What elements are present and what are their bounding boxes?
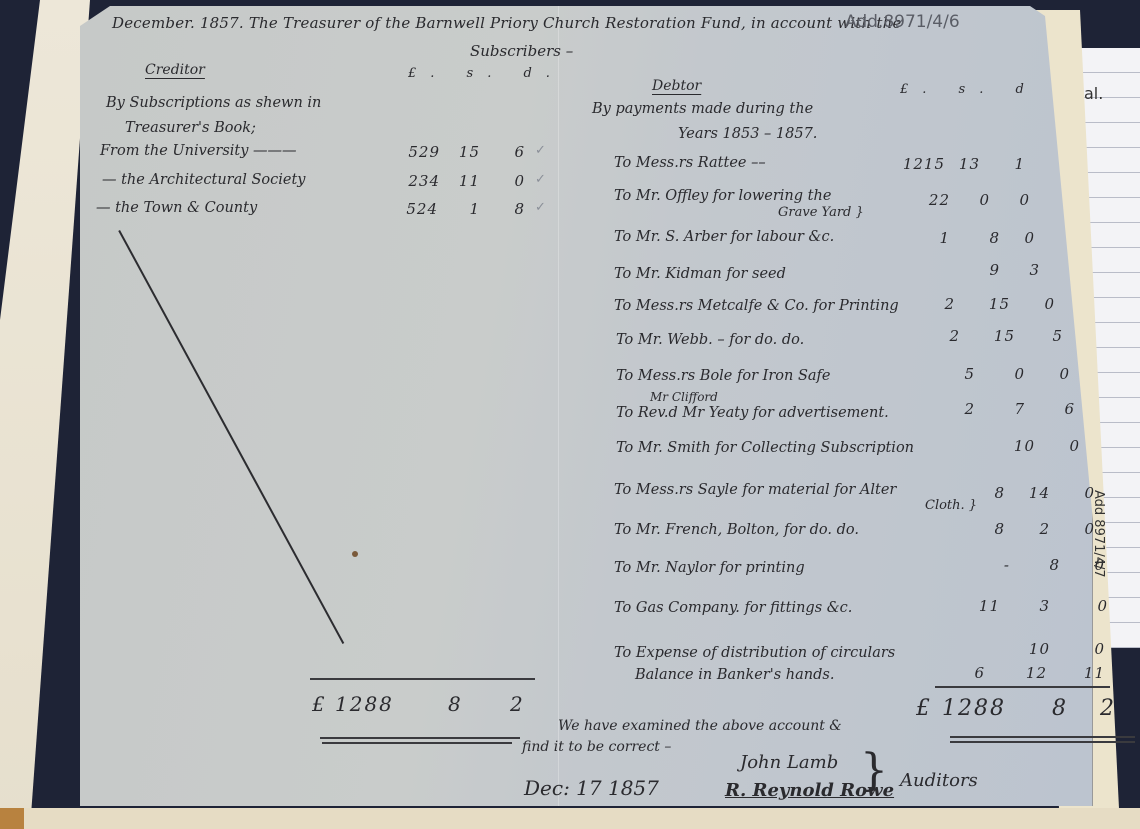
pence: 11: [1080, 664, 1105, 682]
pence: 0: [505, 172, 525, 190]
total-pounds: 1288: [335, 692, 394, 716]
total-pence: 2: [510, 692, 523, 716]
pound-sign: £: [312, 692, 325, 716]
pounds: 1215: [895, 155, 945, 173]
creditor-heading: Creditor: [145, 62, 205, 78]
brace-icon: }: [860, 745, 888, 796]
shillings: 0: [970, 191, 990, 209]
shillings: 10: [1010, 437, 1035, 455]
pence: 0: [1050, 365, 1070, 383]
creditor-row-label: — the Architectural Society: [102, 172, 306, 188]
debtor-row-label: Balance in Banker's hands.: [635, 667, 834, 683]
shillings: 15: [990, 327, 1015, 345]
debtor-row-correction: Mr Clifford: [650, 390, 718, 404]
shillings: 3: [1030, 597, 1050, 615]
shillings: 2: [1030, 520, 1050, 538]
total-double-rule: [320, 737, 520, 739]
pence: 0: [1015, 229, 1035, 247]
pence: 0: [1088, 597, 1108, 615]
pence: 0: [1010, 191, 1030, 209]
pounds: 22: [910, 191, 950, 209]
debtor-row-label: To Mess.rs Sayle for material for Alter: [614, 482, 896, 498]
debtor-row-label: To Mr. Webb. – for do. do.: [616, 332, 804, 348]
pounds: 5: [955, 365, 975, 383]
debtor-total-double-rule: [950, 741, 1135, 743]
pounds: 2: [955, 400, 975, 418]
debtor-row-label: To Mr. French, Bolton, for do. do.: [614, 522, 859, 538]
pounds: 11: [975, 597, 1000, 615]
creditor-currency-columns: £. s. d.: [408, 66, 564, 81]
debtor-row-label: To Mess.rs Metcalfe & Co. for Printing: [614, 298, 899, 314]
pound-sign: £: [916, 696, 930, 721]
debtor-row-label: To Mr. Smith for Collecting Subscription: [616, 440, 914, 456]
debtor-intro-continued: Years 1853 – 1857.: [678, 126, 817, 142]
pence: 0: [1035, 295, 1055, 313]
pounds: 2: [935, 295, 955, 313]
shillings: 1: [455, 200, 480, 218]
pounds: 529: [400, 143, 440, 161]
shillings: 10: [1025, 640, 1050, 658]
auditors-label: Auditors: [900, 770, 978, 791]
shillings: 15: [455, 143, 480, 161]
pence: 0: [1060, 437, 1080, 455]
pence: 1: [1005, 155, 1025, 173]
shillings: 11: [455, 172, 480, 190]
pence: 3: [1020, 261, 1040, 279]
audit-statement: We have examined the above account &: [558, 718, 842, 734]
check-mark-icon: ✓: [535, 172, 546, 187]
shillings: 14: [1025, 484, 1050, 502]
pounds: 1: [930, 229, 950, 247]
debtor-row-label: To Gas Company. for fittings &c.: [614, 600, 852, 616]
debtor-heading: Debtor: [652, 78, 701, 94]
shillings: 8: [980, 229, 1000, 247]
total-shillings: 8: [1052, 696, 1066, 721]
pence: 5: [1043, 327, 1063, 345]
pence: 8: [505, 200, 525, 218]
debtor-row-label: To Mess.rs Rattee ––: [614, 155, 766, 171]
pence: 0: [1085, 640, 1105, 658]
creditor-row-label: From the University ———: [100, 143, 297, 159]
debtor-total-double-rule: [950, 736, 1135, 738]
vertical-archive-label: Add 8971/4/7: [1091, 490, 1106, 578]
document-title-continued: Subscribers –: [470, 42, 573, 60]
document-title: December. 1857. The Treasurer of the Bar…: [112, 14, 902, 32]
debtor-row-label: To Mr. S. Arber for labour &c.: [614, 229, 834, 245]
total-pence: 2: [1100, 696, 1114, 721]
audit-statement-continued: find it to be correct –: [522, 739, 671, 755]
card-text: al.: [1084, 84, 1103, 103]
debtor-row-sublabel: Grave Yard }: [778, 205, 864, 220]
debtor-row-label: To Mr. Kidman for seed: [614, 266, 786, 282]
ink-stain: [352, 551, 358, 557]
shillings: 0: [1005, 365, 1025, 383]
pounds: -: [995, 556, 1010, 574]
creditor-row-label: — the Town & County: [96, 200, 257, 216]
debtor-row-label: To Rev.d Mr Yeaty for advertisement.: [616, 405, 889, 421]
total-pounds: 1288: [942, 696, 1006, 721]
shillings: 8: [1040, 556, 1060, 574]
total-double-rule: [322, 742, 512, 744]
wooden-table-edge: [0, 808, 24, 829]
total-rule-top: [310, 678, 535, 680]
archive-reference: Add.8971/4/6: [845, 12, 960, 32]
shillings: 13: [955, 155, 980, 173]
debtor-intro: By payments made during the: [592, 101, 813, 117]
audit-date: Dec: 17 1857: [524, 776, 659, 800]
check-mark-icon: ✓: [535, 143, 546, 158]
pounds: 2: [940, 327, 960, 345]
total-shillings: 8: [448, 692, 461, 716]
creditor-intro-continued: Treasurer's Book;: [125, 120, 256, 136]
debtor-total-rule: [935, 686, 1110, 688]
pence: 6: [1055, 400, 1075, 418]
pounds: 8: [985, 484, 1005, 502]
shillings: 9: [980, 261, 1000, 279]
debtor-row-label: To Mr. Naylor for printing: [614, 560, 805, 576]
debtor-row-label: To Expense of distribution of circulars: [614, 645, 895, 661]
auditor-signature: John Lamb: [740, 752, 838, 773]
shillings: 12: [1022, 664, 1047, 682]
bottom-mount-strip: [0, 808, 1140, 829]
debtor-row-label: To Mess.rs Bole for Iron Safe: [616, 368, 831, 384]
debtor-currency-columns: £. s. d: [900, 82, 1038, 97]
creditor-intro: By Subscriptions as shewn in: [106, 95, 321, 111]
check-mark-icon: ✓: [535, 200, 546, 215]
shillings: 7: [1005, 400, 1025, 418]
paper-fold: [558, 6, 559, 806]
pounds: 524: [398, 200, 438, 218]
shillings: 15: [985, 295, 1010, 313]
pounds: 6: [965, 664, 985, 682]
debtor-row-sublabel: Cloth. }: [925, 498, 977, 513]
pounds: 234: [400, 172, 440, 190]
pence: 6: [505, 143, 525, 161]
debtor-row-label: To Mr. Offley for lowering the: [614, 188, 831, 204]
pounds: 8: [985, 520, 1005, 538]
